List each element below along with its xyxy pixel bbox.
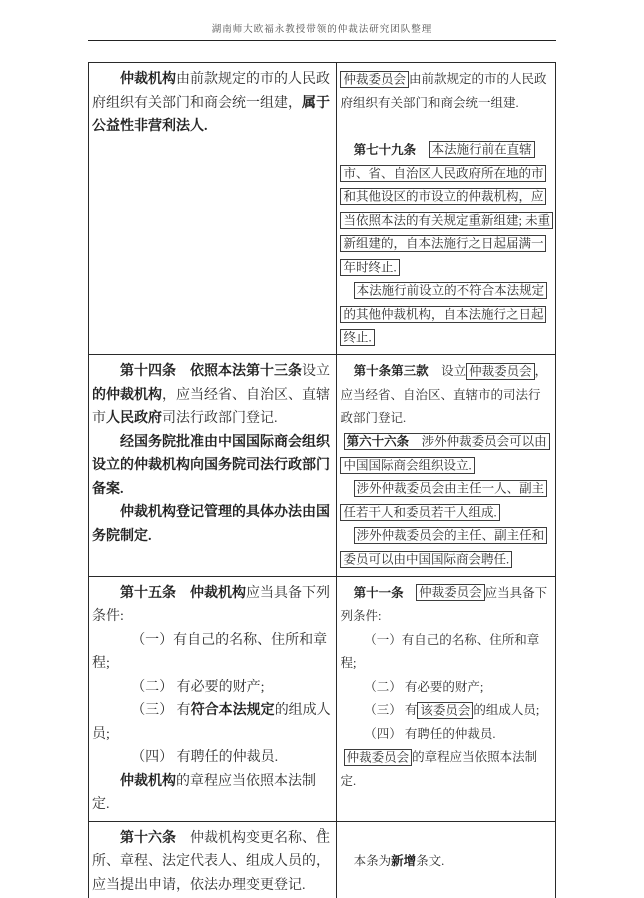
text-segment: 第十条第三款 — [354, 364, 442, 378]
header-divider-line — [88, 40, 556, 41]
paragraph: （二） 有必要的财产; — [340, 676, 552, 700]
text-segment: 本法施行前设立的不符合本法规定的其他仲裁机构，自本法施行之日起终止. — [343, 284, 544, 345]
paragraph: 仲裁机构由前款规定的市的人民政府组织有关部门和商会统一组建，属于公益性非营利法人… — [92, 68, 333, 139]
paragraph: 仲裁机构登记管理的具体办法由国务院制定. — [92, 501, 333, 548]
text-segment: 仲裁委员会 — [347, 750, 410, 764]
text-segment: 仲裁委员会 — [469, 364, 532, 378]
text-segment: 仲裁机构 — [120, 72, 176, 87]
paragraph: 涉外仲裁委员会由主任一人、副主任若干人和委员若干人组成. — [340, 478, 552, 525]
right-cell: 仲裁委员会由前款规定的市的人民政府组织有关部门和商会统一组建.第七十九条 本法施… — [337, 63, 555, 354]
inserted-text-box: 本法施行前在直辖市、省、自治区人民政府所在地的市和其他设区的市设立的仲裁机构，应… — [340, 141, 553, 276]
paragraph: 第十五条 仲裁机构应当具备下列条件: — [92, 582, 333, 629]
right-cell: 第十一条 仲裁委员会应当具备下列条件:（一）有自己的名称、住所和章程;（二） 有… — [337, 577, 555, 821]
paragraph: 仲裁机构的章程应当依照本法制定. — [92, 770, 333, 817]
paragraph: （四） 有聘任的仲裁员. — [340, 723, 552, 747]
table-row-2: 第十四条 依照本法第十三条设立的仲裁机构，应当经省、自治区、直辖市人民政府司法行… — [89, 355, 555, 577]
text-segment: 仲裁机构 — [120, 774, 176, 789]
paragraph: 仲裁委员会的章程应当依照本法制定. — [340, 746, 552, 793]
paragraph: 涉外仲裁委员会的主任、副主任和委员可以由中国国际商会聘任. — [340, 525, 552, 572]
text-segment: 涉外仲裁委员会的主任、副主任和委员可以由中国国际商会聘任. — [343, 529, 544, 567]
paragraph: 仲裁委员会由前款规定的市的人民政府组织有关部门和商会统一组建. — [340, 68, 552, 115]
text-segment: （四） 有聘任的仲裁员. — [131, 750, 278, 765]
text-segment: 仲裁委员会 — [343, 72, 406, 86]
text-segment: （三） 有 — [131, 703, 191, 718]
paragraph: 本条为新增条文. — [340, 850, 552, 874]
inserted-text-box: 仲裁委员会 — [466, 363, 535, 380]
text-segment: 仲裁机构登记管理的具体办法由国务院制定. — [92, 505, 330, 544]
inserted-text-box: 涉外仲裁委员会的主任、副主任和委员可以由中国国际商会聘任. — [340, 527, 547, 568]
table-row-1: 仲裁机构由前款规定的市的人民政府组织有关部门和商会统一组建，属于公益性非营利法人… — [89, 63, 555, 355]
inserted-text-box: 本法施行前设立的不符合本法规定的其他仲裁机构，自本法施行之日起终止. — [340, 282, 547, 346]
page-header-title: 湖南师大欧福永教授带领的仲裁法研究团队整理 — [0, 21, 644, 35]
text-segment: 的仲裁机构 — [92, 388, 162, 403]
paragraph: 第十四条 依照本法第十三条设立的仲裁机构，应当经省、自治区、直辖市人民政府司法行… — [92, 360, 333, 431]
page-number: 3 — [0, 827, 644, 838]
paragraph: （一）有自己的名称、住所和章程; — [340, 629, 552, 676]
paragraph: 第六十六条 涉外仲裁委员会可以由中国国际商会组织设立. — [340, 431, 552, 478]
paragraph: （三） 有该委员会的组成人员; — [340, 699, 552, 723]
inserted-text-box: 仲裁委员会 — [344, 749, 413, 766]
text-segment: 本法施行前在直辖市、省、自治区人民政府所在地的市和其他设区的市设立的仲裁机构，应… — [343, 143, 550, 275]
text-segment: （三） 有 — [364, 703, 417, 717]
text-segment: 第七十九条 — [354, 143, 429, 157]
text-segment: （一）有自己的名称、住所和章程; — [92, 633, 327, 672]
text-segment: 本条为 — [354, 854, 392, 868]
text-segment: 符合本法规定 — [191, 703, 275, 718]
text-segment: 涉外仲裁委员会由主任一人、副主任若干人和委员若干人组成. — [343, 482, 544, 520]
paragraph: （四） 有聘任的仲裁员. — [92, 746, 333, 770]
left-cell: 仲裁机构由前款规定的市的人民政府组织有关部门和商会统一组建，属于公益性非营利法人… — [89, 63, 337, 354]
text-segment: 司法行政部门登记. — [162, 411, 278, 426]
inserted-text-box: 第六十六条 涉外仲裁委员会可以由中国国际商会组织设立. — [340, 433, 549, 474]
text-segment: 第十五条 仲裁机构 — [120, 586, 246, 601]
paragraph: （一）有自己的名称、住所和章程; — [92, 629, 333, 676]
text-segment: 仲裁委员会 — [419, 586, 482, 600]
inserted-text-box: 涉外仲裁委员会由主任一人、副主任若干人和委员若干人组成. — [340, 480, 547, 521]
document-page: 湖南师大欧福永教授带领的仲裁法研究团队整理 仲裁机构由前款规定的市的人民政府组织… — [0, 0, 644, 898]
table-row-3: 第十五条 仲裁机构应当具备下列条件:（一）有自己的名称、住所和章程;（二） 有必… — [89, 577, 555, 822]
paragraph: （二） 有必要的财产; — [92, 676, 333, 700]
text-segment: 人民政府 — [106, 411, 162, 426]
paragraph: （三） 有符合本法规定的组成人员; — [92, 699, 333, 746]
text-segment: 的组成人员; — [473, 703, 539, 717]
text-segment: （二） 有必要的财产; — [364, 680, 483, 694]
paragraph: 第十条第三款 设立仲裁委员会，应当经省、自治区、直辖市的司法行政部门登记. — [340, 360, 552, 431]
text-segment: 经国务院批准由中国国际商会组织设立的仲裁机构向国务院司法行政部门备案. — [92, 435, 330, 497]
text-segment: （四） 有聘任的仲裁员. — [364, 727, 495, 741]
inserted-text-box: 该委员会 — [417, 702, 473, 719]
paragraph: 经国务院批准由中国国际商会组织设立的仲裁机构向国务院司法行政部门备案. — [92, 431, 333, 502]
paragraph: 第十一条 仲裁委员会应当具备下列条件: — [340, 582, 552, 629]
right-cell: 第十条第三款 设立仲裁委员会，应当经省、自治区、直辖市的司法行政部门登记.第六十… — [337, 355, 555, 576]
text-segment: 设立 — [441, 364, 466, 378]
text-segment: 该委员会 — [420, 703, 470, 717]
text-segment: 第六十六条 — [347, 435, 422, 449]
text-segment: （一）有自己的名称、住所和章程; — [340, 633, 539, 671]
text-segment: 第十四条 依照本法第十三条 — [120, 364, 302, 379]
text-segment: 条文. — [416, 854, 444, 868]
inserted-text-box: 仲裁委员会 — [340, 71, 409, 88]
left-cell: 第十四条 依照本法第十三条设立的仲裁机构，应当经省、自治区、直辖市人民政府司法行… — [89, 355, 337, 576]
text-segment: 新增 — [391, 854, 416, 868]
text-segment: （二） 有必要的财产; — [131, 680, 264, 695]
paragraph: 第七十九条 本法施行前在直辖市、省、自治区人民政府所在地的市和其他设区的市设立的… — [340, 139, 552, 280]
paragraph: 本法施行前设立的不符合本法规定的其他仲裁机构，自本法施行之日起终止. — [340, 280, 552, 351]
text-segment: 设立 — [302, 364, 330, 379]
comparison-table: 仲裁机构由前款规定的市的人民政府组织有关部门和商会统一组建，属于公益性非营利法人… — [88, 62, 556, 898]
left-cell: 第十五条 仲裁机构应当具备下列条件:（一）有自己的名称、住所和章程;（二） 有必… — [89, 577, 337, 821]
inserted-text-box: 仲裁委员会 — [416, 584, 485, 601]
text-segment: 第十一条 — [354, 586, 417, 600]
